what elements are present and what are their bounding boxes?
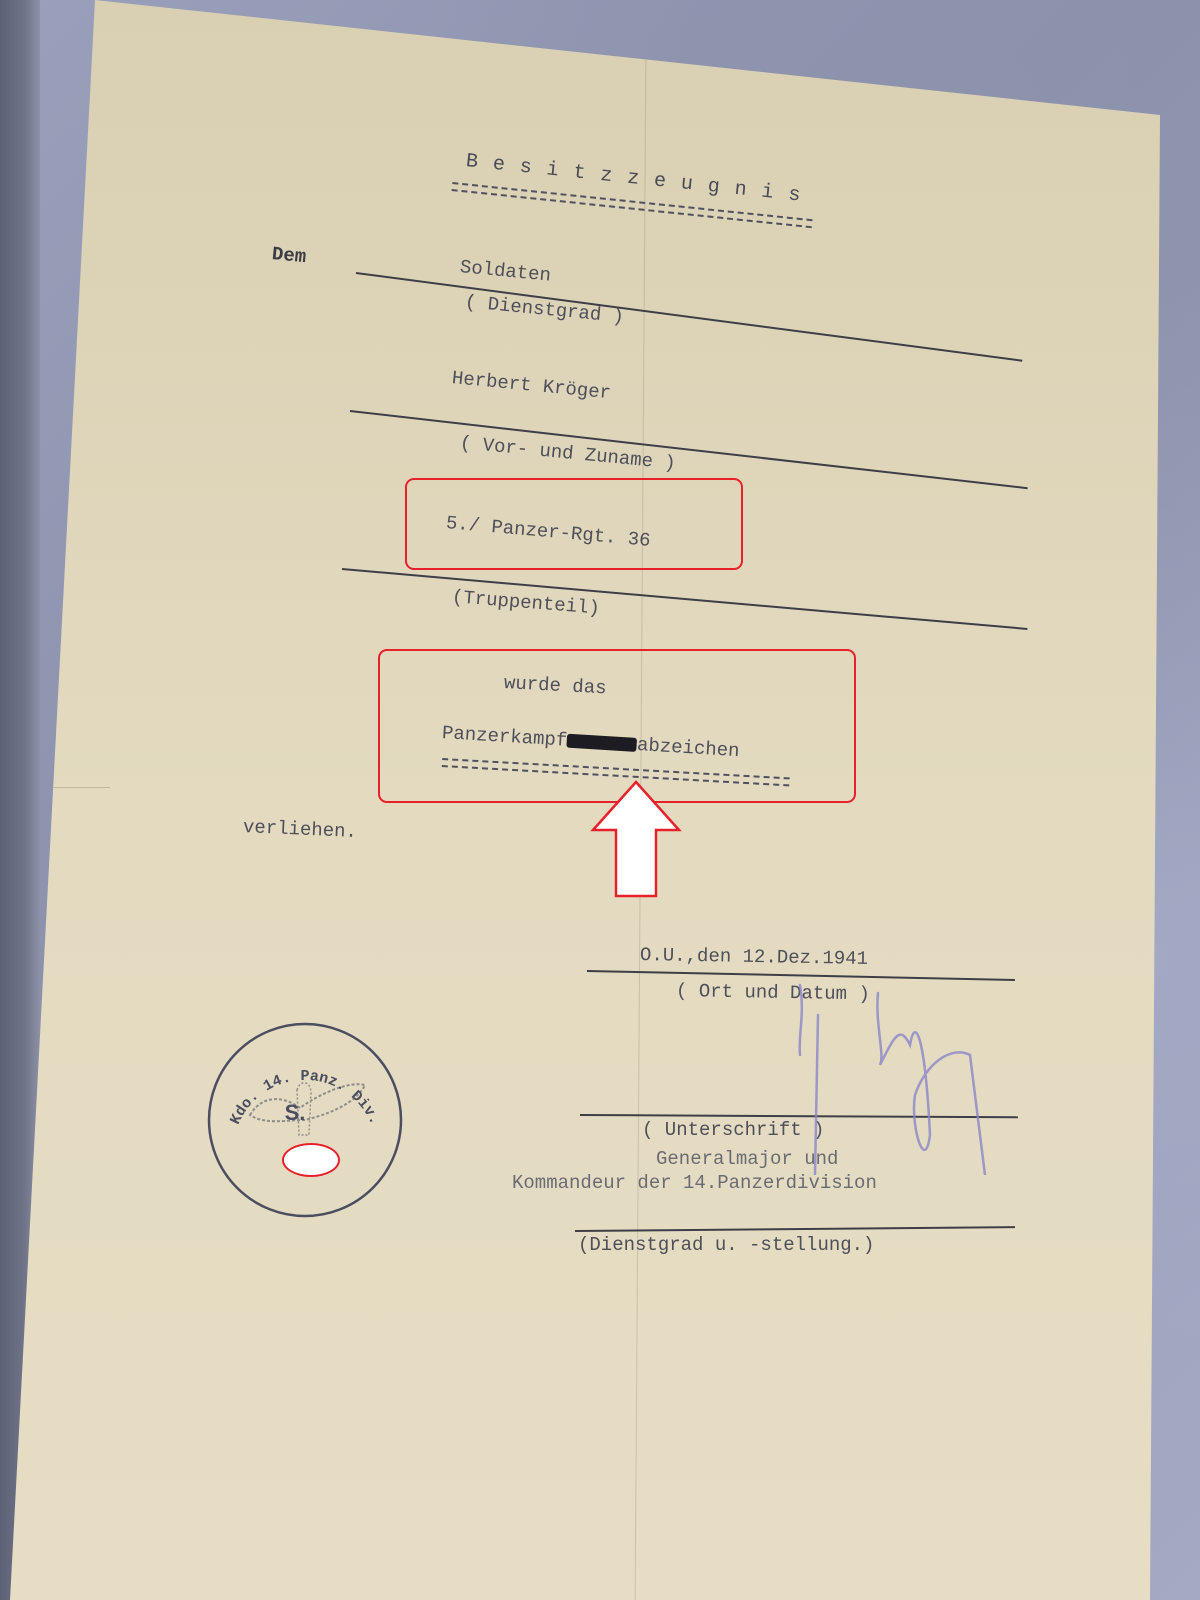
official-stamp: Kdo. 14. Panz. Div. S.	[205, 1020, 405, 1220]
rank-line	[356, 272, 1023, 362]
arrow-up-icon	[590, 780, 682, 900]
position-line	[575, 1226, 1015, 1232]
unit-caption: (Truppenteil)	[451, 586, 601, 620]
name-value: Herbert Kröger	[451, 367, 612, 404]
unit-line	[342, 568, 1028, 630]
place-date-value: O.U.,den 12.Dez.1941	[640, 944, 868, 970]
recipient-prefix: Dem	[271, 243, 307, 268]
rank-value: Soldaten	[459, 256, 552, 287]
position-caption: (Dienstgrad u. -stellung.)	[578, 1234, 874, 1256]
stamp-center-text: S.	[285, 1100, 306, 1125]
name-caption: ( Vor- und Zuname )	[459, 432, 677, 475]
unit-highlight-box	[405, 478, 743, 570]
signer-line-2: Kommandeur der 14.Panzerdivision	[512, 1172, 877, 1194]
handwritten-signature	[760, 975, 1000, 1175]
award-verb: verliehen.	[243, 816, 358, 843]
censor-oval	[282, 1143, 340, 1177]
horizontal-fold-line	[40, 787, 110, 788]
document-title: Besitzzeugnis	[465, 150, 817, 209]
